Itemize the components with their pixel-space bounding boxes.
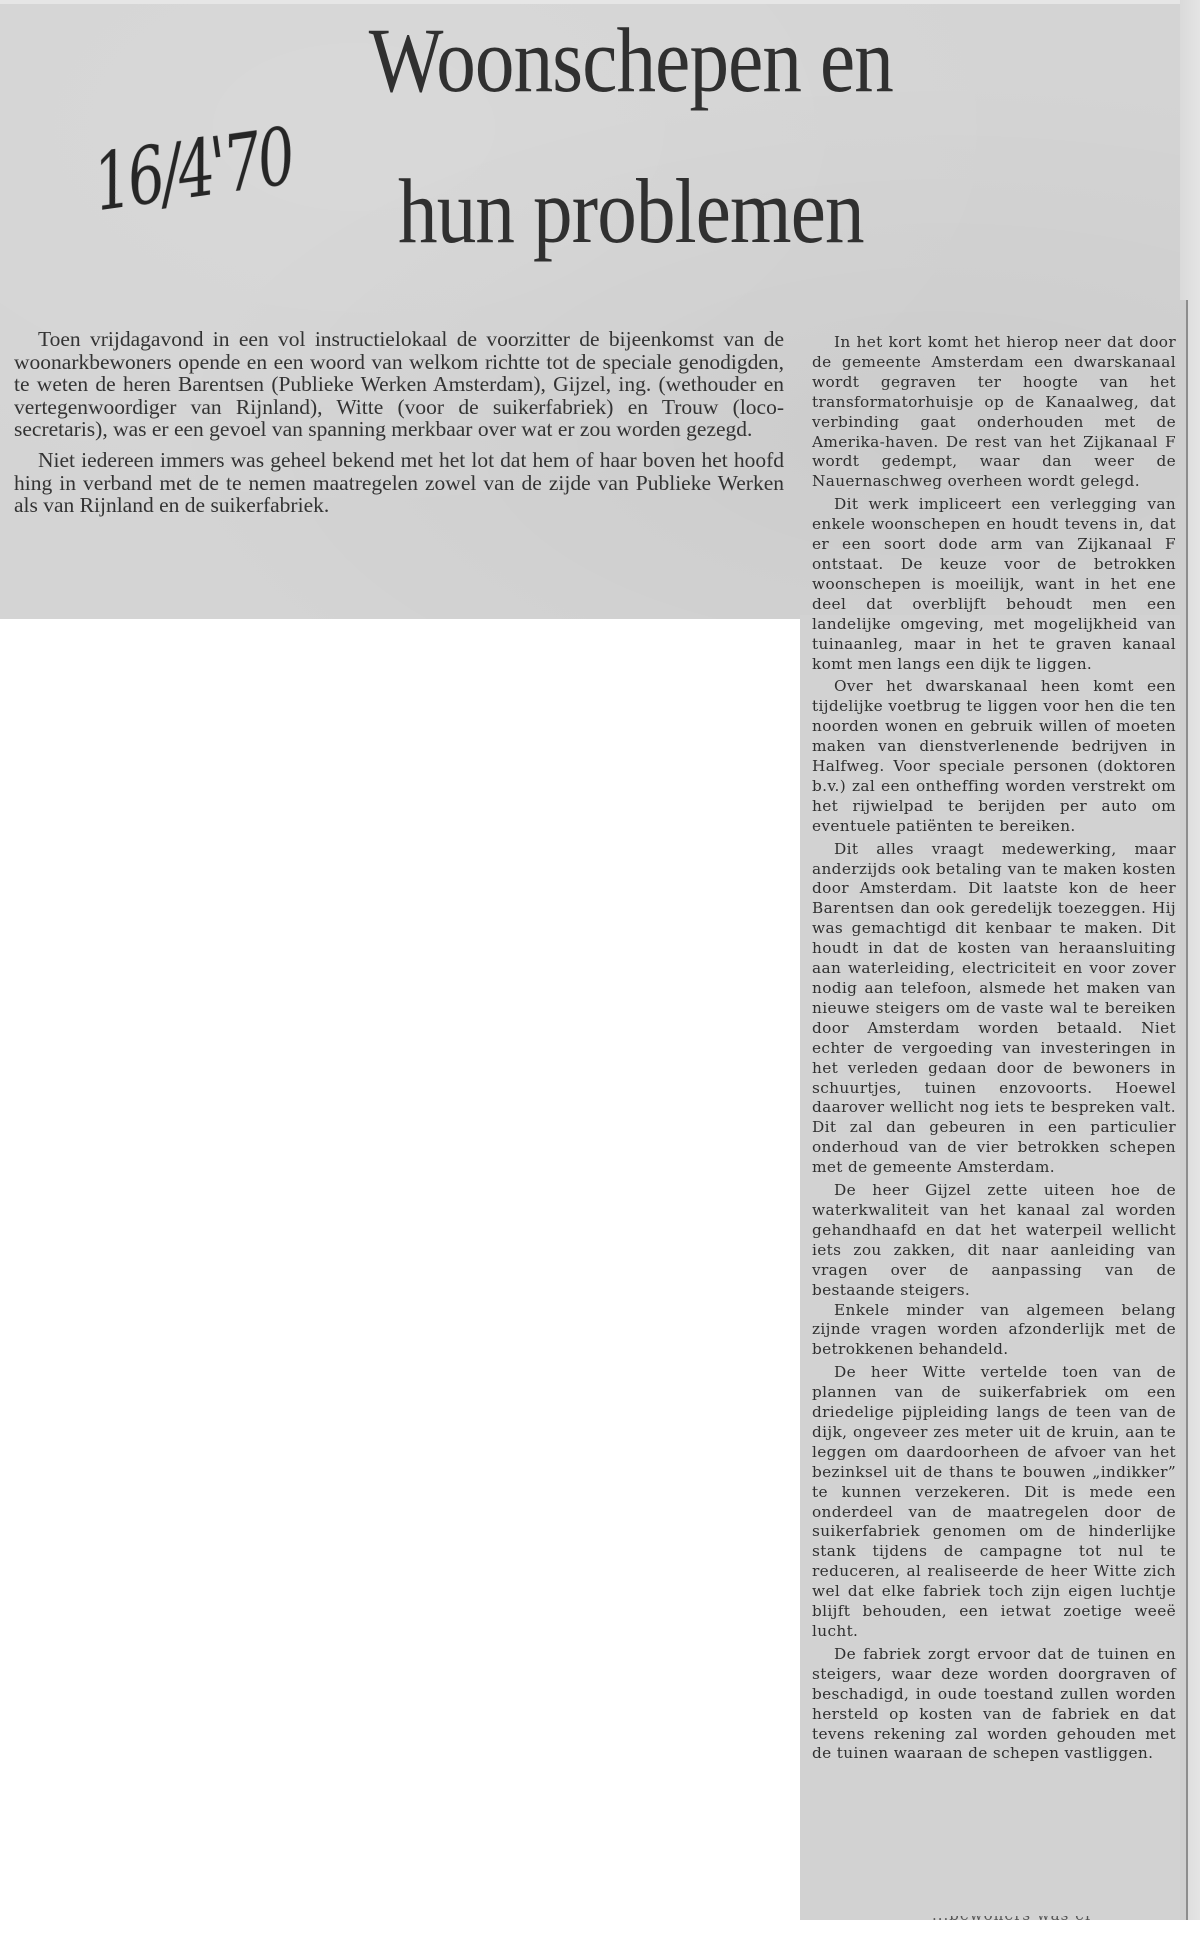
cut-off-text: ...bewoners was er — [812, 1916, 1172, 1920]
column-paragraph: Over het dwarskanaal heen komt een tijde… — [812, 677, 1176, 836]
lead-paragraph: Toen vrijdagavond in een vol instructiel… — [14, 328, 784, 441]
column-paragraph: Dit werk impliceert een verlegging van e… — [812, 495, 1176, 674]
article-lead: Toen vrijdagavond in een vol instructiel… — [14, 328, 784, 525]
column-paragraph: Dit alles vraagt medewerking, maar ander… — [812, 840, 1176, 1178]
column-paragraph: De heer Witte vertelde toen van de plann… — [812, 1363, 1176, 1642]
cut-off-line: ...bewoners was er — [812, 1916, 1093, 1920]
lead-paragraph: Niet iedereen immers was geheel bekend m… — [14, 449, 784, 517]
column-paragraph: In het kort komt het hierop neer dat doo… — [812, 333, 1176, 492]
headline-line-1: Woonschepen en — [83, 14, 1098, 106]
column-paragraph: De fabriek zorgt ervoor dat de tuinen en… — [812, 1645, 1176, 1764]
column-paragraph: Enkele minder van algemeen belang zijnde… — [812, 1301, 1176, 1361]
article-column: In het kort komt het hierop neer dat doo… — [812, 333, 1176, 1767]
clipping-column-edge — [1180, 300, 1188, 1920]
column-paragraph: De heer Gijzel zette uiteen hoe de water… — [812, 1181, 1176, 1300]
